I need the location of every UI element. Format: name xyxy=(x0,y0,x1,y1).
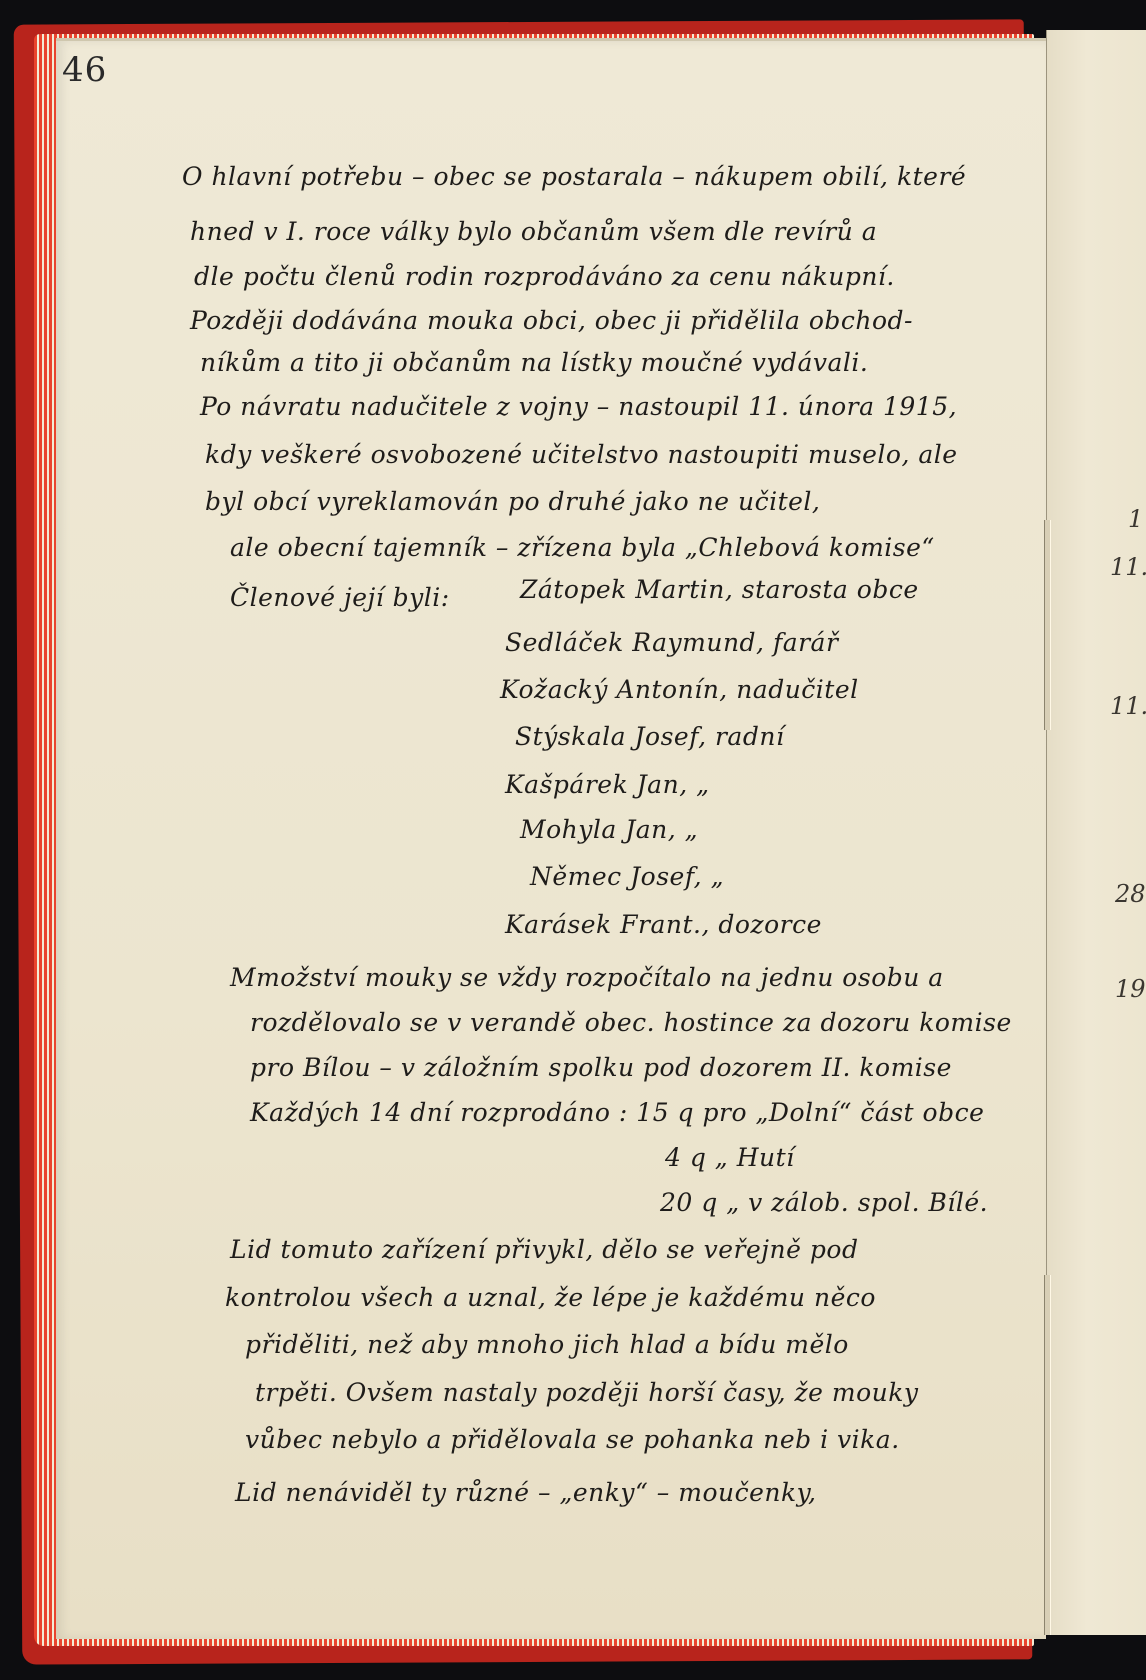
distribution-entry: 4 q „ Hutí xyxy=(665,1143,795,1172)
binding-stitch xyxy=(1044,1275,1051,1635)
text-line: dle počtu členů rodin rozprodáváno za ce… xyxy=(194,262,895,291)
text-line: kdy veškeré osvobozené učitelstvo nastou… xyxy=(205,440,958,469)
margin-note: 11. xyxy=(1110,692,1146,720)
member-entry: Kožacký Antonín, nadučitel xyxy=(500,675,859,704)
text-line: hned v I. roce války bylo občanům všem d… xyxy=(190,217,877,246)
margin-note: 28 xyxy=(1115,880,1146,908)
members-heading: Členové její byli: xyxy=(230,583,450,612)
text-line: Mmožství mouky se vždy rozpočítalo na je… xyxy=(230,963,944,992)
text-line: Po návratu nadučitele z vojny – nastoupi… xyxy=(200,392,957,421)
member-entry: Karásek Frant., dozorce xyxy=(505,910,822,939)
member-entry: Kašpárek Jan, „ xyxy=(505,770,710,799)
text-line: byl obcí vyreklamován po druhé jako ne u… xyxy=(205,487,820,516)
text-line: Každých 14 dní rozprodáno : 15 q pro „Do… xyxy=(250,1098,984,1127)
member-entry: Sedláček Raymund, farář xyxy=(505,628,838,657)
text-line: Lid nenáviděl ty různé – „enky“ – moučen… xyxy=(235,1478,816,1507)
member-entry: Němec Josef, „ xyxy=(530,862,724,891)
text-line: Později dodávána mouka obci, obec ji při… xyxy=(190,306,913,335)
text-line: ale obecní tajemník – zřízena byla „Chle… xyxy=(230,533,935,562)
text-line: přiděliti, než aby mnoho jich hlad a bíd… xyxy=(245,1330,849,1359)
text-line: pro Bílou – v záložním spolku pod dozore… xyxy=(250,1053,952,1082)
right-page xyxy=(1046,30,1146,1635)
text-line: Lid tomuto zařízení přivykl, dělo se veř… xyxy=(230,1235,858,1264)
margin-note: 1 xyxy=(1128,505,1143,533)
text-line: níkům a tito ji občanům na lístky moučné… xyxy=(200,348,868,377)
margin-note: 11. xyxy=(1110,553,1146,581)
text-line: O hlavní potřebu – obec se postarala – n… xyxy=(182,162,966,191)
text-line: rozdělovalo se v verandě obec. hostince … xyxy=(250,1008,1012,1037)
page-number: 46 xyxy=(62,50,107,90)
text-line: trpěti. Ovšem nastaly později horší časy… xyxy=(255,1378,919,1407)
text-line: vůbec nebylo a přidělovala se pohanka ne… xyxy=(245,1425,900,1454)
member-entry: Mohyla Jan, „ xyxy=(520,815,698,844)
member-entry: Zátopek Martin, starosta obce xyxy=(520,575,919,604)
member-entry: Stýskala Josef, radní xyxy=(515,722,784,751)
margin-note: 19 xyxy=(1115,975,1146,1003)
binding-stitch xyxy=(1044,520,1051,730)
text-line: kontrolou všech a uznal, že lépe je každ… xyxy=(225,1283,876,1312)
distribution-entry: 20 q „ v zálob. spol. Bílé. xyxy=(660,1188,988,1217)
